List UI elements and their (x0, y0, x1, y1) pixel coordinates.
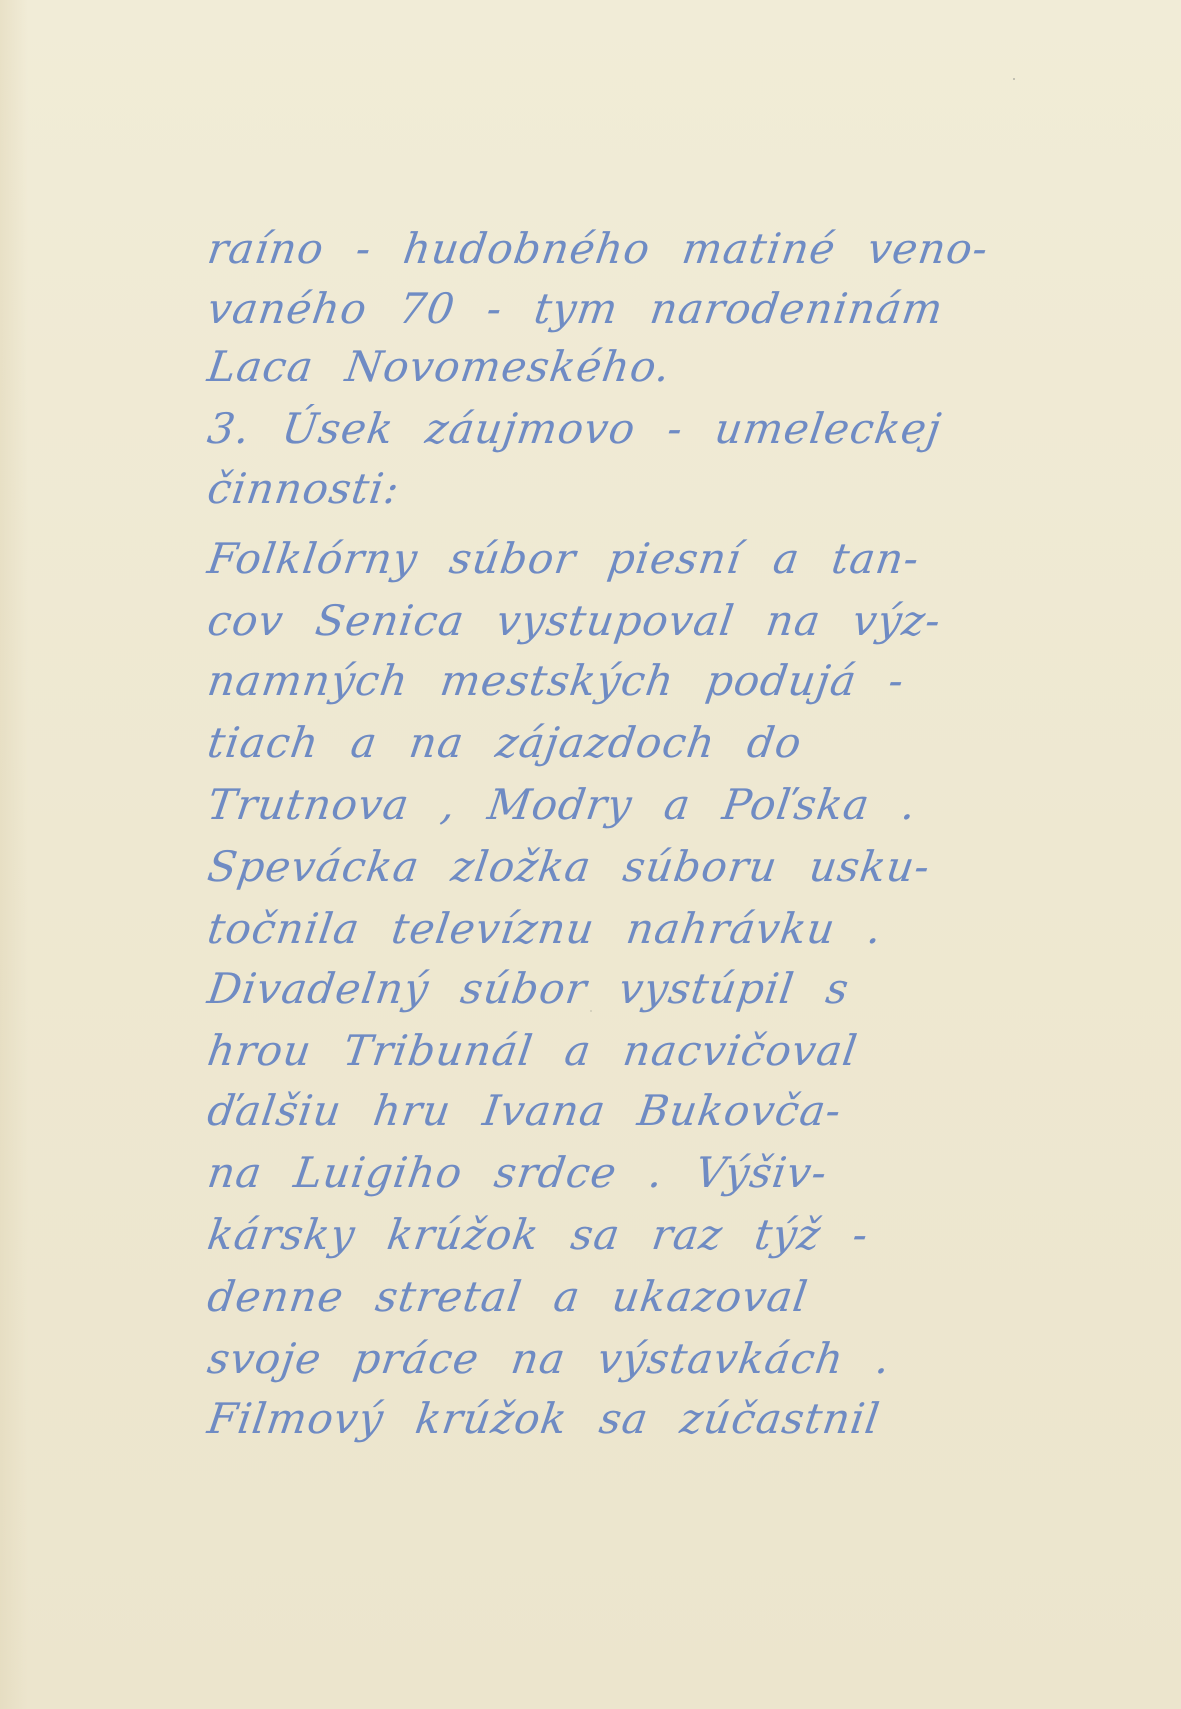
text-line: Laca Novomeského. (205, 346, 673, 388)
text-line: kársky krúžok sa raz týž - (205, 1214, 871, 1256)
text-line: namných mestských podujá - (205, 660, 907, 702)
text-line: Divadelný súbor vystúpil s (205, 968, 852, 1010)
text-line: raíno - hudobného matiné veno- (205, 228, 991, 270)
paper-speck (1013, 78, 1015, 80)
text-line: denne stretal a ukazoval (205, 1276, 811, 1318)
paper-page: raíno - hudobného matiné veno- vaného 70… (0, 0, 1181, 1709)
text-line: Filmový krúžok sa zúčastnil (205, 1398, 883, 1440)
text-line: vaného 70 - tym narodeninám (205, 288, 946, 330)
text-line: svoje práce na výstavkách . (205, 1338, 893, 1380)
text-line: na Luigiho srdce . Výšiv- (205, 1152, 830, 1194)
text-line: Spevácka zložka súboru usku- (205, 846, 933, 888)
text-line: 3. Úsek záujmovo - umeleckej (205, 408, 944, 450)
text-line: cov Senica vystupoval na výz- (205, 600, 944, 642)
text-line: tiach a na zájazdoch do (205, 722, 805, 764)
text-line: točnila televíznu nahrávku . (205, 908, 885, 950)
text-line: činnosti: (205, 468, 402, 510)
text-line: ďalšiu hru Ivana Bukovča- (205, 1090, 844, 1132)
text-line: Trutnova , Modry a Poľska . (205, 784, 919, 826)
text-line: Folklórny súbor piesní a tan- (205, 538, 922, 580)
text-line: hrou Tribunál a nacvičoval (205, 1030, 860, 1072)
